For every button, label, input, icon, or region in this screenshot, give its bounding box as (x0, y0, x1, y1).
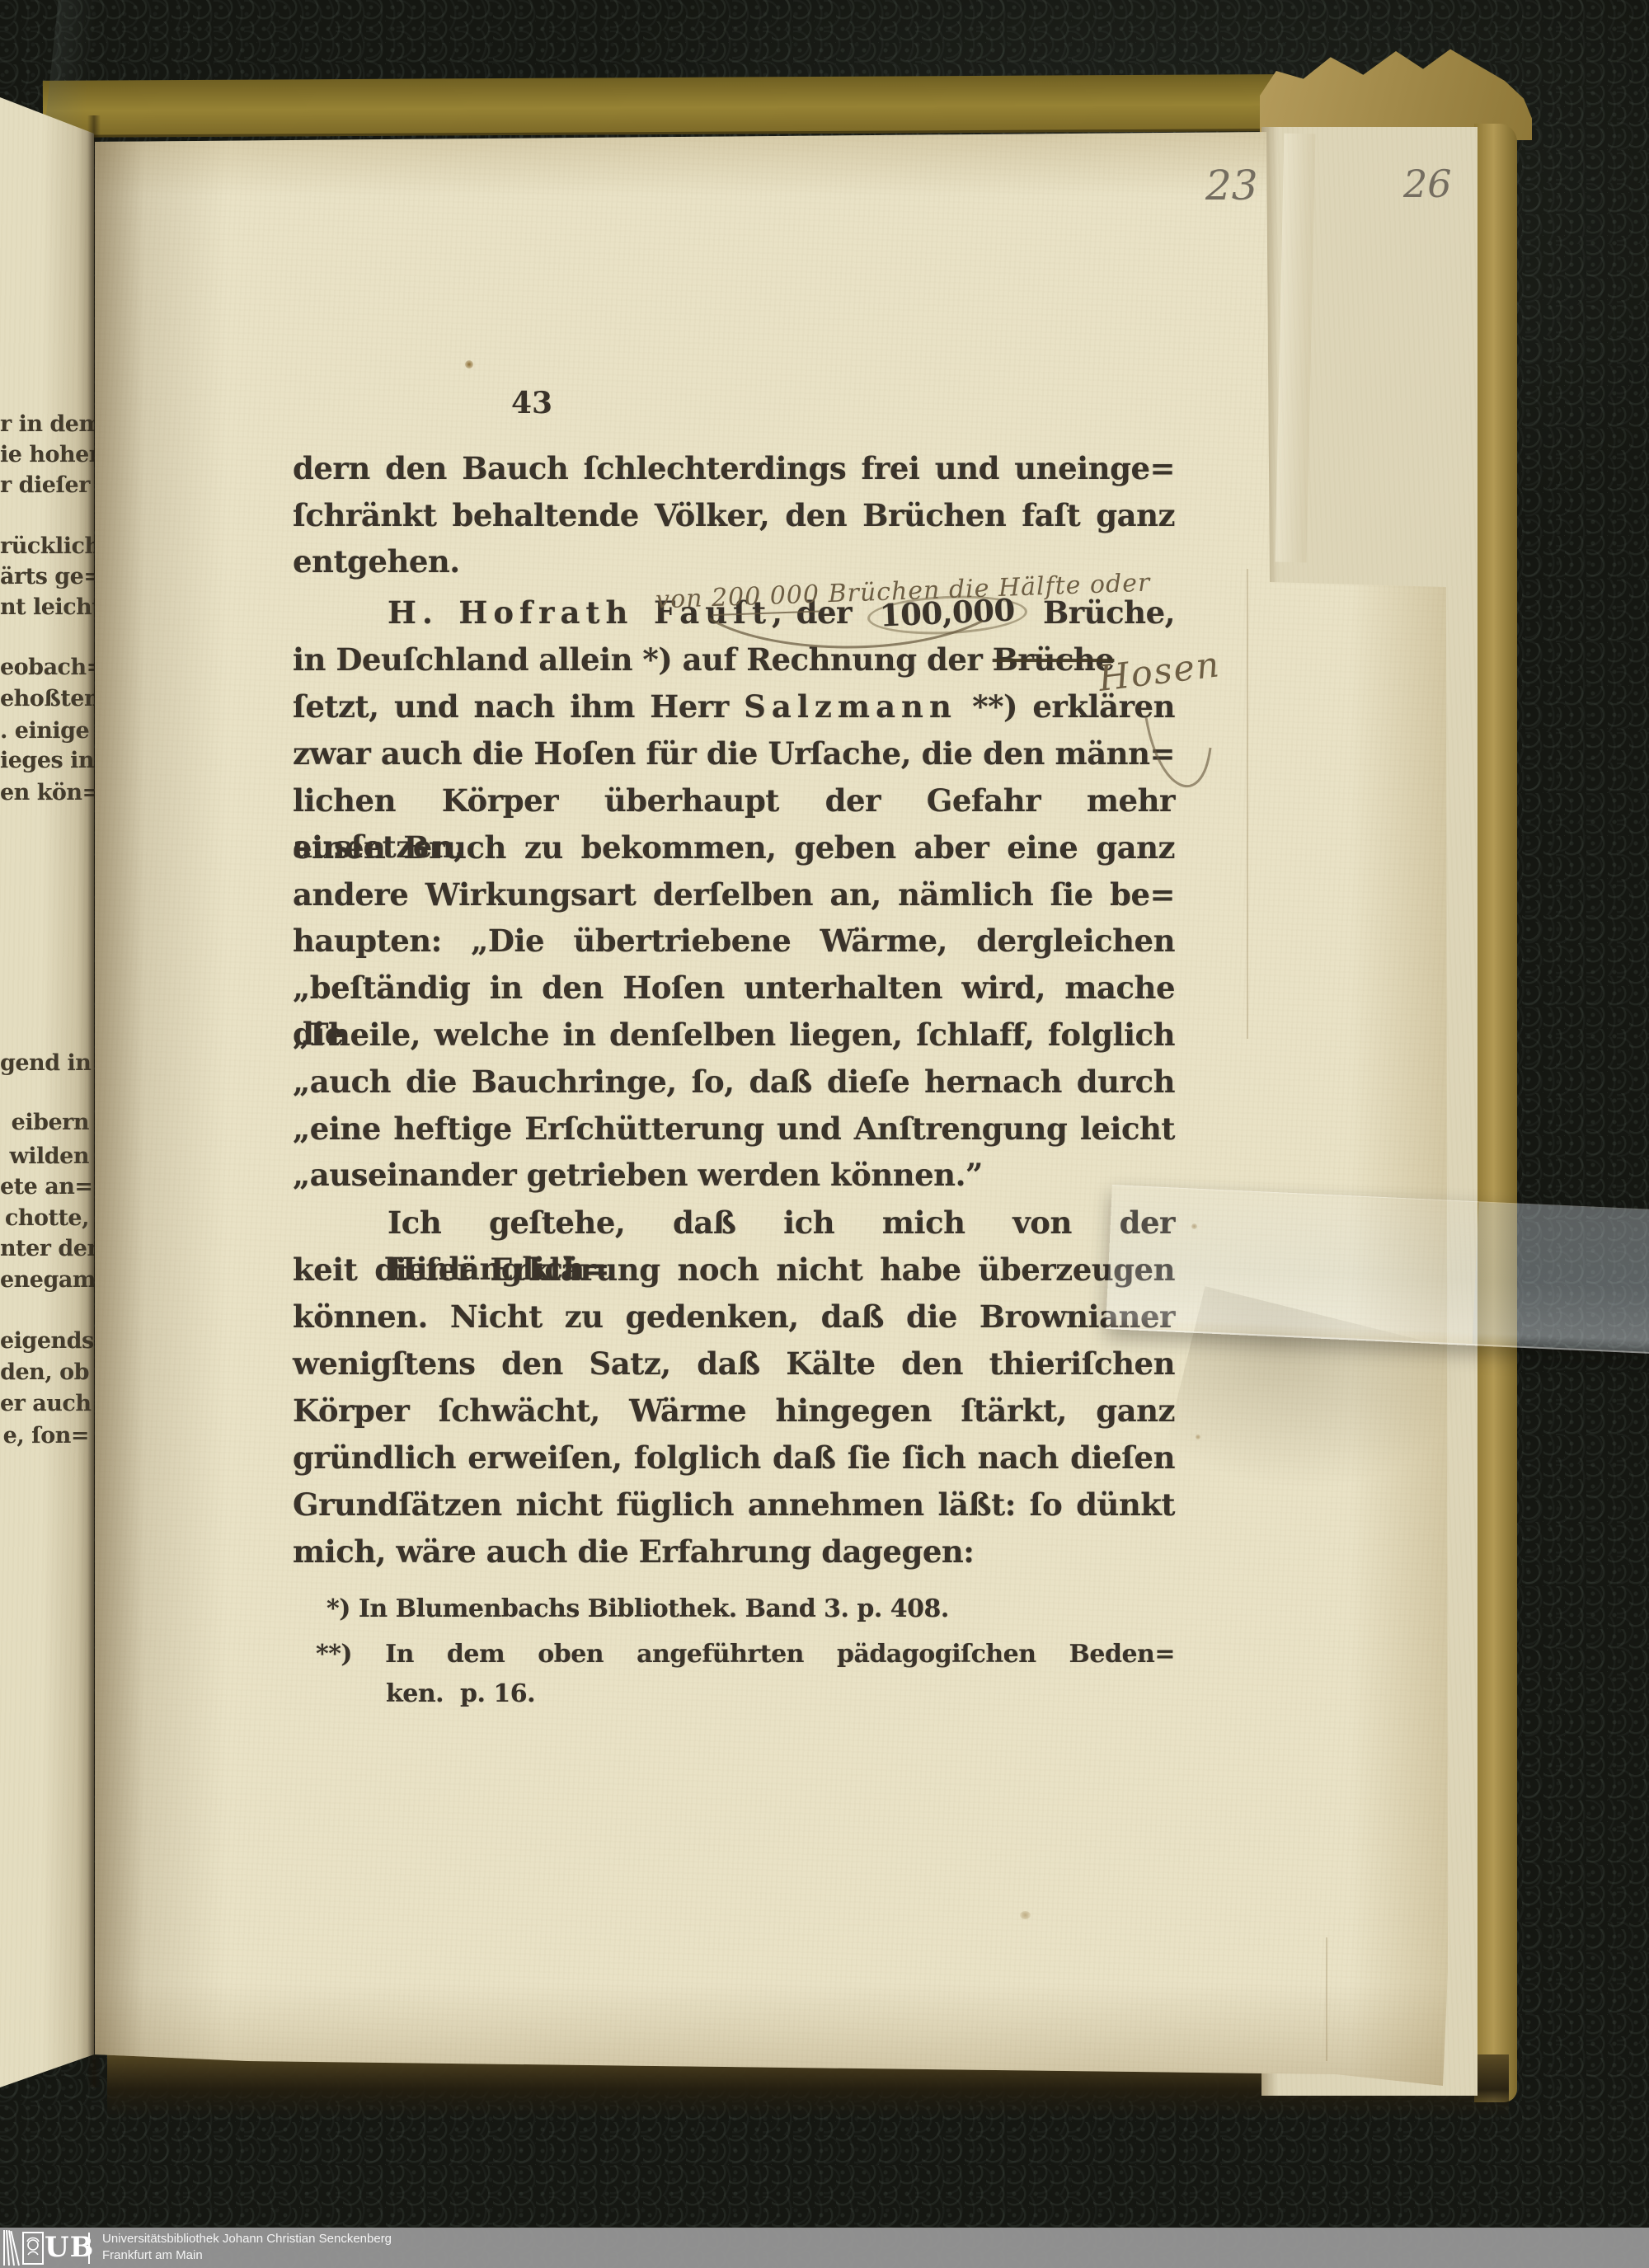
senckenberg-portrait-icon (21, 2230, 45, 2266)
manuscript-descender (1121, 713, 1261, 837)
facing-page-edge: r in demie hohenr dieſerrücklich:ärts ge… (0, 0, 94, 2268)
facing-page-fragment: en kön= (0, 778, 92, 808)
plastic-sheen (1473, 1202, 1649, 1352)
printed-segment: „eine heftige Erſchütterung und Anſtreng… (293, 1111, 1175, 1147)
printed-segment: **) In dem oben angeführten pädagogiſche… (316, 1640, 1175, 1669)
printed-segment: *) In Blumenbachs Bibliothek. Band 3. p.… (327, 1594, 949, 1623)
book-top-edge (43, 74, 1280, 138)
facing-page-fragment: nter den (0, 1234, 92, 1264)
logo-page-line (3, 2230, 5, 2266)
ub-logo-letters: UB (45, 2231, 94, 2264)
printed-line: dern den Bauch ſchlechterdings frei und … (293, 445, 1175, 491)
printed-line: wenigſtens den Satz, daß Kälte den thier… (293, 1341, 1175, 1387)
logo-divider (88, 2233, 90, 2264)
printed-line: Körper ſchwächt, Wärme hingegen ſtärkt, … (293, 1388, 1175, 1434)
page-number: 43 (470, 386, 594, 420)
printed-line: gründlich erweiſen, folglich daß ſie ſic… (293, 1435, 1175, 1481)
printed-line: „auch die Bauchringe, ſo, daß dieſe hern… (293, 1059, 1175, 1105)
printed-line: zwar auch die Hoſen für die Urſache, die… (293, 730, 1175, 777)
book-fore-edge (1474, 124, 1517, 2102)
facing-page-fragment: r in dem (0, 410, 92, 439)
printed-segment: „auch die Bauchringe, ſo, daß dieſe hern… (293, 1064, 1175, 1100)
printed-line: keit dieſer Erklärung noch nicht habe üb… (293, 1247, 1175, 1293)
printed-line: *) In Blumenbachs Bibliothek. Band 3. p.… (327, 1589, 1036, 1630)
printed-line: können. Nicht zu gedenken, daß die Brown… (293, 1294, 1175, 1340)
facing-page-fragment: eigends (0, 1327, 92, 1356)
foxing-spot (1020, 1911, 1031, 1919)
printed-line: mich, wäre auch die Erfahrung dagegen: (293, 1528, 1175, 1575)
facing-page-fragment: eobach= (0, 653, 92, 683)
facing-page-fragment: den, ob (0, 1358, 92, 1388)
foliation-number: 23 (1205, 162, 1258, 209)
printed-line: haupten: „Die übertriebene Wärme, dergle… (293, 918, 1175, 964)
foliation-number-next: 26 (1403, 162, 1452, 206)
ub-logo: UB (0, 2229, 94, 2266)
printed-segment: ken. p. 16. (386, 1679, 535, 1708)
book-scan: 26 r in demie hohenr dieſerrücklich:ärts… (0, 0, 1649, 2268)
facing-page-fragment: ete an= (0, 1172, 92, 1202)
facing-page-fragment: r dieſer (0, 471, 92, 500)
printed-segment: haupten: „Die übertriebene Wärme, dergle… (293, 923, 1175, 959)
library-name: Universitätsbibliothek Johann Christian … (102, 2231, 392, 2247)
printed-line: Grundſätzen nicht füglich annehmen läßt:… (293, 1481, 1175, 1528)
manuscript-flourish (693, 606, 1022, 672)
facing-page-fragment: rücklich: (0, 532, 92, 561)
facing-page-fragment: er auch (0, 1389, 92, 1419)
printed-line: andere Wirkungsart derſelben an, nämlich… (293, 871, 1175, 918)
facing-page-fragment: ehoßten (0, 684, 92, 714)
printed-line: **) In dem oben angeführten pädagogiſche… (316, 1634, 1175, 1675)
facing-page-fragment: enegam= (0, 1265, 92, 1295)
printed-segment: gründlich erweiſen, folglich daß ſie ſic… (293, 1439, 1175, 1476)
facing-page-fragment: . einige (0, 716, 92, 746)
printed-line: „Theile, welche in denſelben liegen, ſch… (293, 1012, 1175, 1058)
printed-segment: entgehen. (293, 543, 460, 580)
printed-sperr-segment: Salzmann (744, 688, 957, 725)
printed-segment: ſchränkt behaltende Völker, den Brüchen … (293, 497, 1175, 533)
printed-line: ſchränkt behaltende Völker, den Brüchen … (293, 492, 1175, 538)
printed-line: „auseinander getrieben werden können.” (293, 1152, 1175, 1198)
plastic-page-holder (1106, 1185, 1649, 1355)
paper-crease (1326, 1937, 1327, 2061)
printed-line: einen Bruch zu bekommen, geben aber eine… (293, 824, 1175, 871)
library-city: Frankfurt am Main (102, 2247, 392, 2264)
printed-segment: zwar auch die Hoſen für die Urſache, die… (293, 735, 1175, 772)
facing-page-fragment: gend in (0, 1049, 92, 1078)
printed-segment: dern den Bauch ſchlechterdings frei und … (293, 450, 1175, 486)
facing-page-fragment: eibern (0, 1108, 92, 1138)
facing-page-fragment: ieges in (0, 746, 92, 776)
facing-page-fragment: e, ſon= (0, 1421, 92, 1451)
printed-segment: einen Bruch zu bekommen, geben aber eine… (293, 829, 1175, 866)
facing-page-fragment: wilden (0, 1142, 92, 1172)
printed-segment: Grundſätzen nicht füglich annehmen läßt:… (293, 1486, 1175, 1523)
printed-line: ken. p. 16. (386, 1674, 881, 1715)
printed-segment: wenigſtens den Satz, daß Kälte den thier… (293, 1345, 1175, 1382)
printed-segment: ſetzt, und nach ihm Herr (293, 688, 744, 725)
printed-segment: „Theile, welche in denſelben liegen, ſch… (293, 1017, 1175, 1053)
facing-page-fragment: nt leicht (0, 593, 92, 622)
printed-segment: mich, wäre auch die Erfahrung dagegen: (293, 1533, 974, 1570)
printed-line: „eine heftige Erſchütterung und Anſtreng… (293, 1106, 1175, 1152)
foxing-spot (465, 360, 473, 369)
printed-segment: andere Wirkungsart derſelben an, nämlich… (293, 876, 1175, 913)
printed-segment: keit dieſer Erklärung noch nicht habe üb… (293, 1251, 1175, 1288)
printed-segment: „auseinander getrieben werden können.” (293, 1157, 983, 1193)
printed-segment: Körper ſchwächt, Wärme hingegen ſtärkt, … (293, 1392, 1175, 1429)
facing-page-fragment: chotte, (0, 1204, 92, 1233)
printed-line: ſetzt, und nach ihm Herr Salzmann **) er… (293, 683, 1175, 730)
facing-page-fragment: ärts ge= (0, 562, 92, 592)
library-banner: UB Universitätsbibliothek Johann Christi… (0, 2228, 1649, 2268)
facing-page-fragment: ie hohen (0, 440, 92, 470)
printed-segment: können. Nicht zu gedenken, daß die Brown… (293, 1298, 1175, 1335)
